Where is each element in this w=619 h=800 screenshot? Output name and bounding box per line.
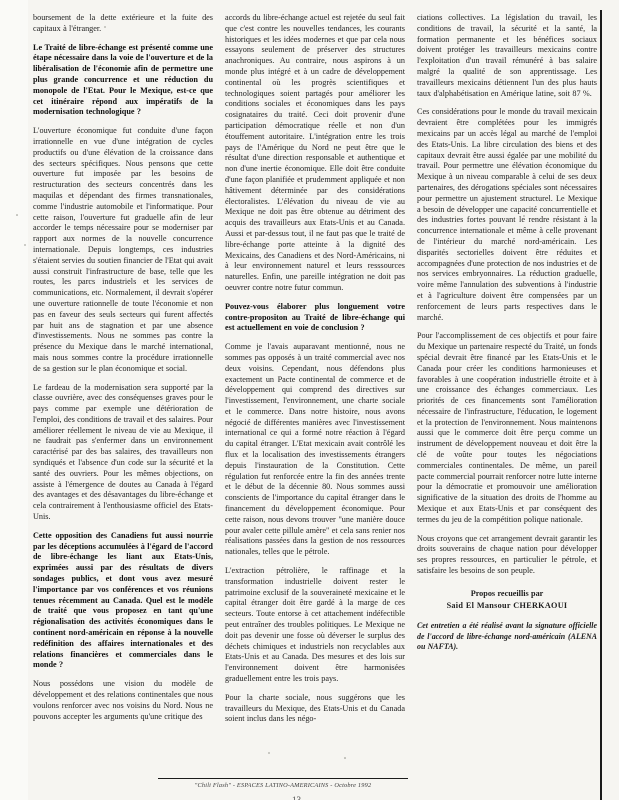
page-number: 13 bbox=[292, 795, 301, 800]
article-column-2: accords du libre-échange actuel est reje… bbox=[225, 13, 405, 777]
scan-speck bbox=[24, 244, 26, 246]
scan-speck bbox=[519, 456, 521, 458]
paragraph-question: Le Traité de libre-échange est présenté … bbox=[33, 43, 213, 119]
paragraph-byline-name: Said El Mansour CHERKAOUI bbox=[417, 601, 597, 612]
article-column-1: boursement de la dette extérieure et la … bbox=[33, 13, 213, 777]
scan-speck bbox=[104, 26, 106, 28]
paragraph-question: Cette opposition des Canadiens fut aussi… bbox=[33, 531, 213, 671]
paragraph-body: L'extraction pétrolière, le raffinage et… bbox=[225, 566, 405, 685]
scanned-document-page: boursement de la dette extérieure et la … bbox=[0, 0, 619, 800]
paragraph-body: boursement de la dette extérieure et la … bbox=[33, 13, 213, 35]
article-columns: boursement de la dette extérieure et la … bbox=[33, 13, 597, 777]
paragraph-body: Comme je l'avais auparavant mentionné, n… bbox=[225, 342, 405, 558]
scan-speck bbox=[523, 215, 525, 217]
scan-speck bbox=[268, 752, 270, 754]
page-margin-strip bbox=[0, 0, 28, 800]
paragraph-body: Pour l'accomplissement de ces objectifs … bbox=[417, 331, 597, 525]
article-column-3: ciations collectives. La législation du … bbox=[417, 13, 597, 777]
paragraph-body: Nous possédons une vision du modèle de d… bbox=[33, 679, 213, 722]
paragraph-body: accords du libre-échange actuel est reje… bbox=[225, 13, 405, 294]
paragraph-question: Pouvez-vous élaborer plus longuement vot… bbox=[225, 302, 405, 334]
paragraph-note: Cet entretien a été réalisé avant la sig… bbox=[417, 621, 597, 652]
paragraph-body: Ces considérations pour le monde du trav… bbox=[417, 107, 597, 323]
scan-speck bbox=[16, 214, 18, 216]
paragraph-body: Le fardeau de la modernisation sera supp… bbox=[33, 383, 213, 523]
paragraph-body: L'ouverture économique fut conduite d'un… bbox=[33, 126, 213, 374]
paragraph-byline: Propos recueillis par bbox=[423, 589, 591, 600]
right-margin-rule bbox=[600, 10, 602, 800]
footer-citation: "Chili Flash" - ESPACES LATINO-AMERICAIN… bbox=[158, 778, 408, 789]
scan-speck bbox=[344, 757, 346, 759]
paragraph-body: ciations collectives. La législation du … bbox=[417, 13, 597, 99]
paragraph-body: Pour la charte sociale, nous suggérons q… bbox=[225, 693, 405, 725]
paragraph-body: Nous croyons que cet arrangement devrait… bbox=[417, 534, 597, 577]
